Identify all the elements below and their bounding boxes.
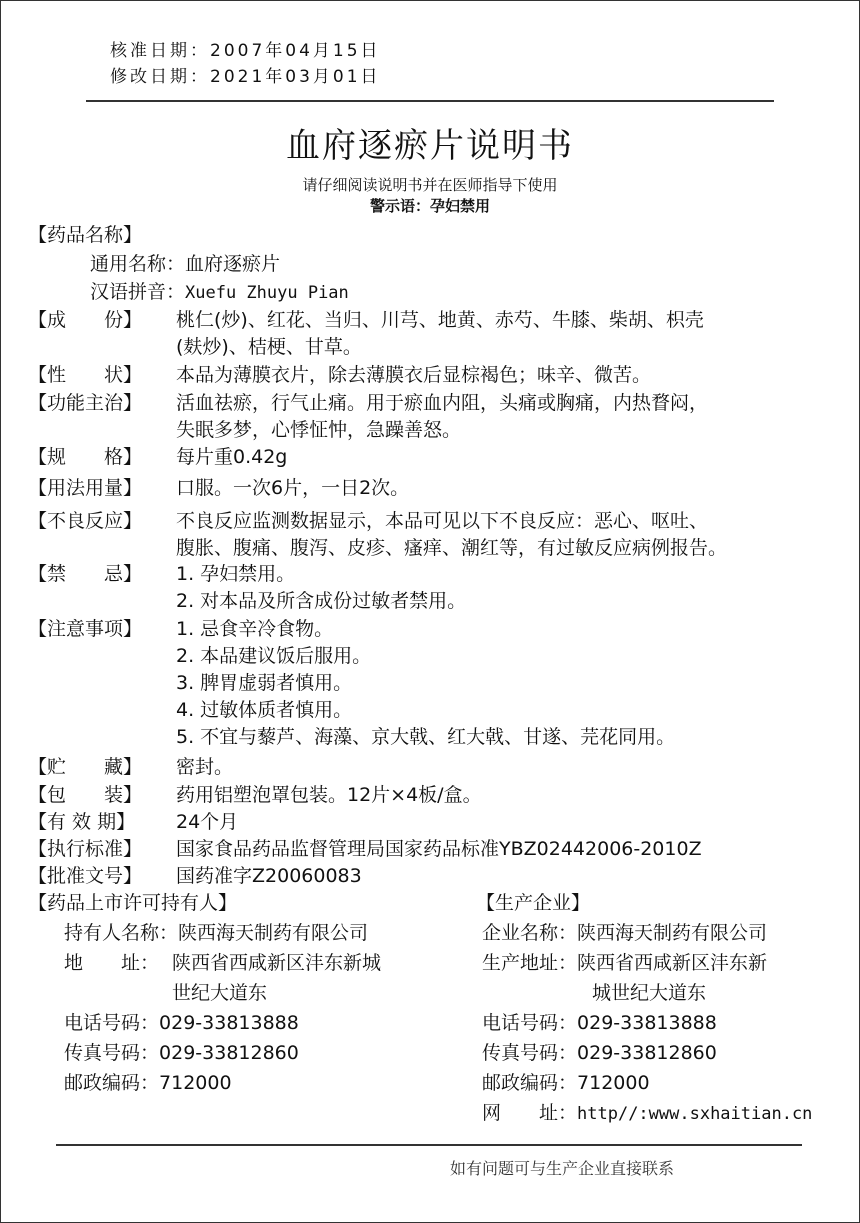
drug-name-heading: 【药品名称】 [28, 222, 142, 249]
date-block: 核准日期：2007年04月15日 修改日期：2021年03月01日 [110, 38, 381, 90]
section-ingredients: 【成 份】桃仁(炒)、红花、当归、川芎、地黄、赤芍、牛膝、柴胡、枳壳(麸炒)、桔… [28, 307, 836, 361]
manufacturer-fax-value: 029-33812860 [577, 1042, 717, 1064]
description-value: 本品为薄膜衣片，除去薄膜衣后显棕褐色；味辛、微苦。 [176, 362, 836, 389]
manufacturer-postcode: 邮政编码：712000 [482, 1070, 650, 1097]
precautions-value: 1. 忌食辛冷食物。2. 本品建议饭后服用。3. 脾胃虚弱者慎用。4. 过敏体质… [176, 616, 836, 751]
contraindications-label: 【禁 忌】 [28, 561, 176, 588]
holder-postcode-value: 712000 [159, 1072, 232, 1094]
precautions-label: 【注意事项】 [28, 616, 176, 643]
storage-value: 密封。 [176, 754, 836, 781]
line: 2. 本品建议饭后服用。 [176, 645, 371, 667]
revision-date-value: 2021年03月01日 [210, 67, 381, 87]
line: 腹胀、腹痛、腹泻、皮疹、瘙痒、潮红等，有过敏反应病例报告。 [176, 537, 727, 559]
holder-address-line: 陕西省西咸新区沣东新城 [172, 952, 381, 974]
line: 活血祛瘀，行气止痛。用于瘀血内阻，头痛或胸痛，内热瞀闷， [176, 392, 708, 414]
holder-phone-value: 029-33813888 [159, 1012, 299, 1034]
standard-label: 【执行标准】 [28, 836, 176, 863]
dosage-label: 【用法用量】 [28, 475, 176, 502]
subtitle: 请仔细阅读说明书并在医师指导下使用 [0, 174, 860, 195]
contraindications-value: 1. 孕妇禁用。2. 对本品及所含成份过敏者禁用。 [176, 561, 836, 615]
package-label: 【包 装】 [28, 782, 176, 809]
line: 桃仁(炒)、红花、当归、川芎、地黄、赤芍、牛膝、柴胡、枳壳 [176, 309, 704, 331]
section-contraindications: 【禁 忌】1. 孕妇禁用。2. 对本品及所含成份过敏者禁用。 [28, 561, 836, 615]
top-divider [86, 100, 774, 102]
pinyin-label: 汉语拼音： [90, 281, 185, 303]
holder-postcode: 邮政编码：712000 [64, 1070, 232, 1097]
approval-date: 核准日期：2007年04月15日 [110, 38, 381, 64]
specification-value: 每片重0.42g [176, 444, 836, 471]
validity-label: 【有 效 期】 [28, 809, 176, 836]
holder-name-value: 陕西海天制药有限公司 [178, 922, 368, 944]
footer-note: 如有问题可与生产企业直接联系 [450, 1156, 674, 1179]
holder-phone-label: 电话号码： [64, 1012, 159, 1034]
section-dosage: 【用法用量】口服。一次6片，一日2次。 [28, 475, 836, 502]
indications-value: 活血祛瘀，行气止痛。用于瘀血内阻，头痛或胸痛，内热瞀闷，失眠多梦，心悸怔忡，急躁… [176, 390, 836, 444]
line: 4. 过敏体质者慎用。 [176, 699, 352, 721]
approval-date-label: 核准日期： [110, 41, 210, 61]
manufacturer-name: 企业名称：陕西海天制药有限公司 [482, 920, 767, 947]
generic-name-label: 通用名称： [90, 253, 185, 275]
section-package: 【包 装】药用铝塑泡罩包装。12片×4板/盒。 [28, 782, 836, 809]
manufacturer-address: 生产地址：陕西省西咸新区沣东新 [482, 950, 767, 977]
holder-phone: 电话号码：029-33813888 [64, 1010, 299, 1037]
holder-fax-label: 传真号码： [64, 1042, 159, 1064]
manufacturer-fax-label: 传真号码： [482, 1042, 577, 1064]
section-adverse: 【不良反应】不良反应监测数据显示，本品可见以下不良反应：恶心、呕吐、腹胀、腹痛、… [28, 508, 836, 562]
approval-no-label: 【批准文号】 [28, 863, 176, 890]
manufacturer-website: 网 址：http//:www.sxhaitian.cn [482, 1100, 812, 1128]
holder-fax: 传真号码：029-33812860 [64, 1040, 299, 1067]
section-specification: 【规 格】每片重0.42g [28, 444, 836, 471]
manufacturer-website-link[interactable]: http//:www.sxhaitian.cn [577, 1104, 812, 1124]
indications-label: 【功能主治】 [28, 390, 176, 417]
warning: 警示语：孕妇禁用 [0, 195, 860, 216]
manufacturer-name-value: 陕西海天制药有限公司 [577, 922, 767, 944]
manufacturer-phone-value: 029-33813888 [577, 1012, 717, 1034]
adverse-label: 【不良反应】 [28, 508, 176, 535]
line: 不良反应监测数据显示，本品可见以下不良反应：恶心、呕吐、 [176, 510, 708, 532]
package-value: 药用铝塑泡罩包装。12片×4板/盒。 [176, 782, 836, 809]
manufacturer-name-label: 企业名称： [482, 922, 577, 944]
generic-name: 通用名称：血府逐瘀片 [90, 251, 280, 278]
line: 2. 对本品及所含成份过敏者禁用。 [176, 590, 466, 612]
manufacturer-phone-label: 电话号码： [482, 1012, 577, 1034]
dosage-value: 口服。一次6片，一日2次。 [176, 475, 836, 502]
revision-date-label: 修改日期： [110, 67, 210, 87]
specification-label: 【规 格】 [28, 444, 176, 471]
bottom-divider [56, 1144, 802, 1146]
manufacturer-address-label: 生产地址： [482, 952, 577, 974]
revision-date: 修改日期：2021年03月01日 [110, 64, 381, 90]
holder-address-label: 地 址： [64, 950, 172, 977]
pinyin-name: 汉语拼音：Xuefu Zhuyu Pian [90, 279, 349, 307]
line: (麸炒)、桔梗、甘草。 [176, 336, 362, 358]
holder-fax-value: 029-33812860 [159, 1042, 299, 1064]
manufacturer-postcode-value: 712000 [577, 1072, 650, 1094]
section-description: 【性 状】本品为薄膜衣片，除去薄膜衣后显棕褐色；味辛、微苦。 [28, 362, 836, 389]
section-precautions: 【注意事项】1. 忌食辛冷食物。2. 本品建议饭后服用。3. 脾胃虚弱者慎用。4… [28, 616, 836, 751]
holder-name: 持有人名称：陕西海天制药有限公司 [64, 920, 368, 947]
line: 5. 不宜与藜芦、海藻、京大戟、红大戟、甘遂、芫花同用。 [176, 726, 675, 748]
standard-value: 国家食品药品监督管理局国家药品标准YBZ02442006-2010Z [176, 836, 836, 863]
approval-no-value: 国药准字Z20060083 [176, 863, 836, 890]
manufacturer-heading: 【生产企业】 [476, 890, 590, 917]
section-indications: 【功能主治】活血祛瘀，行气止痛。用于瘀血内阻，头痛或胸痛，内热瞀闷，失眠多梦，心… [28, 390, 836, 444]
validity-value: 24个月 [176, 809, 836, 836]
ingredients-value: 桃仁(炒)、红花、当归、川芎、地黄、赤芍、牛膝、柴胡、枳壳(麸炒)、桔梗、甘草。 [176, 307, 836, 361]
storage-label: 【贮 藏】 [28, 754, 176, 781]
holder-heading: 【药品上市许可持有人】 [28, 890, 237, 917]
manufacturer-address-line-2: 城世纪大道东 [592, 980, 706, 1007]
description-label: 【性 状】 [28, 362, 176, 389]
holder-name-label: 持有人名称： [64, 922, 178, 944]
section-validity: 【有 效 期】24个月 [28, 809, 836, 836]
holder-address-line-2: 世纪大道东 [172, 980, 267, 1007]
page-title: 血府逐瘀片说明书 [0, 118, 860, 167]
approval-date-value: 2007年04月15日 [210, 41, 381, 61]
line: 失眠多梦，心悸怔忡，急躁善怒。 [176, 419, 461, 441]
manufacturer-postcode-label: 邮政编码： [482, 1072, 577, 1094]
holder-address: 地 址：陕西省西咸新区沣东新城 [64, 950, 381, 977]
generic-name-value: 血府逐瘀片 [185, 253, 280, 275]
manufacturer-phone: 电话号码：029-33813888 [482, 1010, 717, 1037]
manufacturer-website-label: 网 址： [482, 1102, 577, 1124]
section-approval-no: 【批准文号】国药准字Z20060083 [28, 863, 836, 890]
adverse-value: 不良反应监测数据显示，本品可见以下不良反应：恶心、呕吐、腹胀、腹痛、腹泻、皮疹、… [176, 508, 836, 562]
manufacturer-fax: 传真号码：029-33812860 [482, 1040, 717, 1067]
line: 3. 脾胃虚弱者慎用。 [176, 672, 352, 694]
ingredients-label: 【成 份】 [28, 307, 176, 334]
line: 1. 忌食辛冷食物。 [176, 618, 333, 640]
section-standard: 【执行标准】国家食品药品监督管理局国家药品标准YBZ02442006-2010Z [28, 836, 836, 863]
line: 1. 孕妇禁用。 [176, 563, 295, 585]
section-storage: 【贮 藏】密封。 [28, 754, 836, 781]
holder-postcode-label: 邮政编码： [64, 1072, 159, 1094]
pinyin-value: Xuefu Zhuyu Pian [185, 283, 349, 303]
manufacturer-address-line: 陕西省西咸新区沣东新 [577, 952, 767, 974]
